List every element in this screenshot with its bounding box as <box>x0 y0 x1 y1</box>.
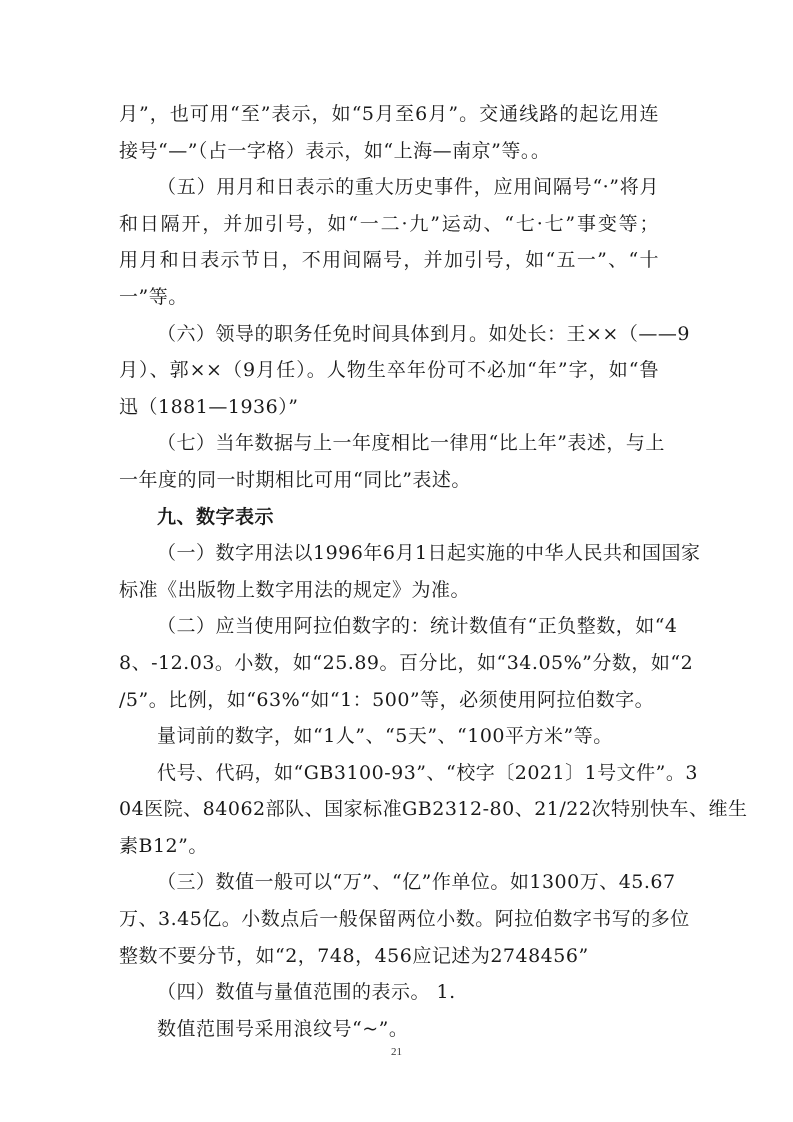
text-line: /5”。比例，如“63%“如“1：500”等，必须使用阿拉伯数字。 <box>119 682 659 719</box>
text-line: 用月和日表示节日，不用间隔号，并加引号，如“五一”、“十 <box>119 242 659 279</box>
text-line: 月”，也可用“至”表示，如“5月至6月”。交通线路的起讫用连 <box>119 96 659 133</box>
text-line: 迅（1881—1936）” <box>119 389 659 426</box>
text-line: 整数不要分节，如“2，748，456应记述为2748456” <box>119 938 659 975</box>
paragraph-start-line: （四）数值与量值范围的表示。 1. <box>119 974 659 1011</box>
paragraph-start-line: 代号、代码，如“GB3100-93”、“校字〔2021〕1号文件”。3 <box>119 755 659 792</box>
paragraph-start-line: （一）数字用法以1996年6月1日起实施的中华人民共和国国家 <box>119 535 659 572</box>
text-line: 标准《出版物上数字用法的规定》为准。 <box>119 572 659 609</box>
text-line: 万、3.45亿。小数点后一般保留两位小数。阿拉伯数字书写的多位 <box>119 901 659 938</box>
text-line: 月）、郭××（9月任）。人物生卒年份可不必加“年”字，如“鲁 <box>119 352 659 389</box>
paragraph-start-line: （二）应当使用阿拉伯数字的：统计数值有“正负整数，如“4 <box>119 608 659 645</box>
text-line: 一年度的同一时期相比可用“同比”表述。 <box>119 462 659 499</box>
section-heading: 九、数字表示 <box>119 499 659 536</box>
text-line: 接号“—”（占一字格）表示，如“上海—南京”等。。 <box>119 133 659 170</box>
page-number: 21 <box>0 1046 793 1058</box>
text-line: 04医院、84062部队、国家标准GB2312-80、21/22次特别快车、维生 <box>119 791 659 828</box>
paragraph-start-line: （三）数值一般可以“万”、“亿”作单位。如1300万、45.67 <box>119 864 659 901</box>
text-line: 和日隔开，并加引号，如“一二·九”运动、“七·七”事变等； <box>119 206 659 243</box>
paragraph-start-line: 量词前的数字，如“1人”、“5天”、“100平方米”等。 <box>119 718 659 755</box>
document-body: 月”，也可用“至”表示，如“5月至6月”。交通线路的起讫用连 接号“—”（占一字… <box>119 96 659 1047</box>
paragraph-start-line: （七）当年数据与上一年度相比一律用“比上年”表述，与上 <box>119 425 659 462</box>
paragraph-start-line: 数值范围号采用浪纹号“~”。 <box>119 1011 659 1048</box>
text-line: 素B12”。 <box>119 828 659 865</box>
paragraph-start-line: （六）领导的职务任免时间具体到月。如处长：王××（——9 <box>119 316 659 353</box>
text-line: 8、-12.03。小数，如“25.89。百分比，如“34.05%”分数，如“2 <box>119 645 659 682</box>
text-line: 一”等。 <box>119 279 659 316</box>
document-page: 月”，也可用“至”表示，如“5月至6月”。交通线路的起讫用连 接号“—”（占一字… <box>0 0 793 1122</box>
paragraph-start-line: （五）用月和日表示的重大历史事件，应用间隔号“·”将月 <box>119 169 659 206</box>
